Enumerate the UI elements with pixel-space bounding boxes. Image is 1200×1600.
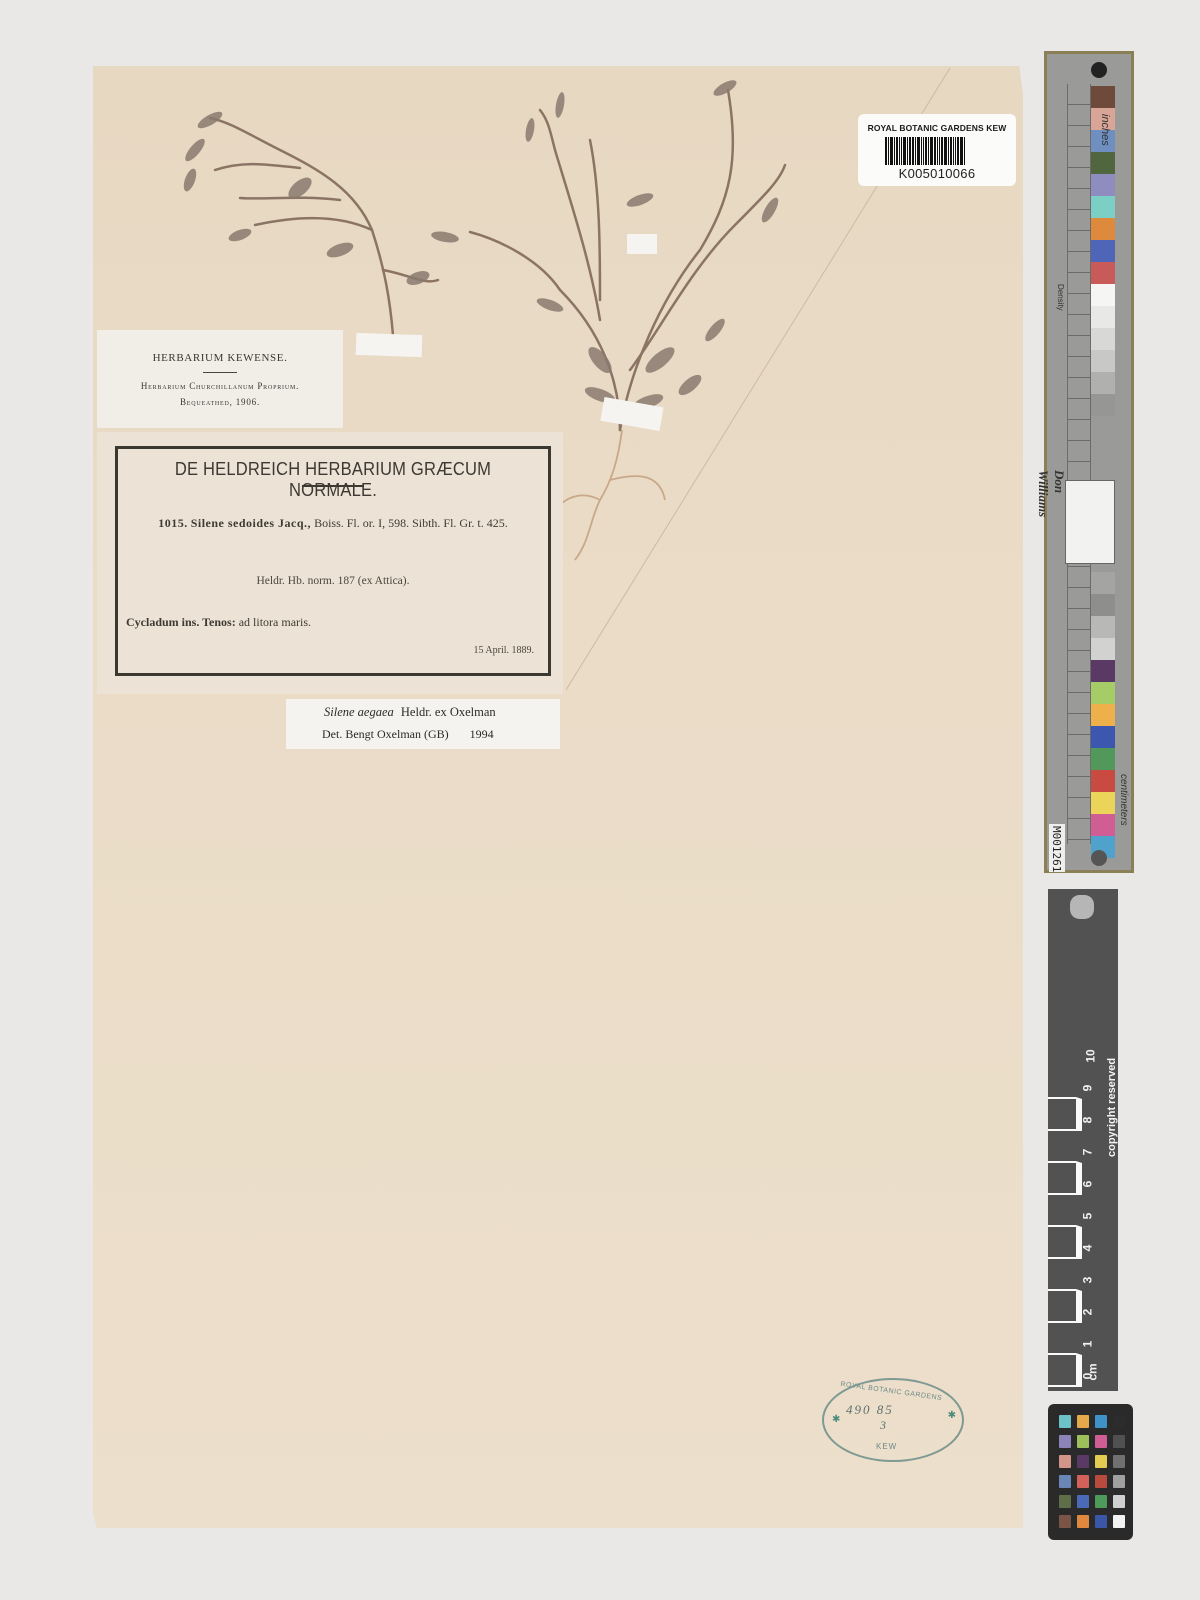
stamp-sub-number: 3 <box>880 1418 886 1433</box>
cm-segment <box>1048 1355 1082 1387</box>
color-patch <box>1091 814 1115 836</box>
herbarium-sheet <box>93 66 1023 1528</box>
herbarium-kewense-label: HERBARIUM KEWENSE. Herbarium Churchillan… <box>97 330 343 428</box>
checker-swatch <box>1077 1415 1089 1428</box>
color-checker-card <box>1048 1404 1133 1540</box>
ruler-hole <box>1091 62 1107 78</box>
cm-segment <box>1048 1099 1082 1131</box>
cm-tick-label: 2 <box>1080 1309 1094 1316</box>
cm-scale <box>1048 1035 1078 1387</box>
star-icon: ✱ <box>948 1410 956 1421</box>
barcode-icon <box>885 137 989 165</box>
color-patch <box>1091 262 1115 284</box>
ruler-hole <box>1091 850 1107 866</box>
det-determiner: Det. Bengt Oxelman (GB) <box>322 727 449 741</box>
heldreich-label-frame: DE HELDREICH HERBARIUM GRÆCUM NORMALE. 1… <box>115 446 551 676</box>
kew-accession-stamp: ROYAL BOTANIC GARDENS 490 85 3 KEW ✱ ✱ <box>822 1378 964 1462</box>
ruler-density-label: Density <box>1056 284 1065 311</box>
heldreich-species-line: 1015. Silene sedoides Jacq., Boiss. Fl. … <box>126 515 540 531</box>
color-patch <box>1091 572 1115 594</box>
color-patch <box>1091 660 1115 682</box>
color-patch <box>1091 748 1115 770</box>
checker-swatch <box>1059 1495 1071 1508</box>
color-patch <box>1091 306 1115 328</box>
checker-swatch <box>1095 1495 1107 1508</box>
cm-segment <box>1048 1323 1082 1355</box>
checker-swatch <box>1059 1515 1071 1528</box>
color-patch <box>1091 638 1115 660</box>
species-citation: Boiss. Fl. or. I, 598. Sibth. Fl. Gr. t.… <box>314 516 508 530</box>
det-authority: Heldr. ex Oxelman <box>401 705 496 719</box>
specimen-number: 1015. <box>158 516 188 530</box>
color-patch <box>1091 174 1115 196</box>
det-taxon: Silene aegaea <box>324 705 394 719</box>
checker-swatch <box>1077 1495 1089 1508</box>
checker-swatch <box>1059 1415 1071 1428</box>
collection-date: 15 April. 1889. <box>473 645 534 656</box>
cm-tick-label: 9 <box>1080 1085 1094 1092</box>
ruler-id-tag: M001261 <box>1049 824 1065 872</box>
checker-swatch <box>1113 1455 1125 1468</box>
cm-tick-label: 3 <box>1080 1277 1094 1284</box>
checker-swatch <box>1113 1495 1125 1508</box>
checker-swatch <box>1077 1435 1089 1448</box>
stamp-top-text: ROYAL BOTANIC GARDENS <box>840 1381 943 1402</box>
ruler-density-grid <box>1067 84 1091 844</box>
color-density-ruler: inches Density Don Williams centimeters … <box>1044 51 1134 873</box>
checker-swatch <box>1095 1475 1107 1488</box>
color-patch <box>1091 196 1115 218</box>
determination-label: Silene aegaea Heldr. ex Oxelman Det. Ben… <box>286 699 560 749</box>
checker-swatch <box>1077 1475 1089 1488</box>
checker-swatch <box>1077 1515 1089 1528</box>
cm-scale-numbers: 012345678910 <box>1084 1035 1104 1387</box>
color-patch <box>1091 704 1115 726</box>
ruler-brand: Don Williams <box>1035 470 1067 534</box>
cm-segment <box>1048 1131 1082 1163</box>
cm-tick-label: 10 <box>1084 1049 1098 1062</box>
color-patch <box>1091 770 1115 792</box>
kew-scale-bar: Kew copyright reserved 012345678910 cm <box>1048 889 1118 1391</box>
det-taxon-line: Silene aegaea Heldr. ex Oxelman <box>324 705 496 720</box>
cm-segment <box>1048 1291 1082 1323</box>
checker-swatch <box>1059 1455 1071 1468</box>
color-patch <box>1091 240 1115 262</box>
ruler-units-inches: inches <box>1099 114 1111 146</box>
species-name: Silene sedoides Jacq., <box>191 516 311 530</box>
color-patch <box>1091 350 1115 372</box>
checker-swatch <box>1059 1475 1071 1488</box>
stamp-bottom-text: KEW <box>876 1442 897 1451</box>
cm-tick-label: 1 <box>1080 1341 1094 1348</box>
checker-swatch <box>1077 1455 1089 1468</box>
barcode-label: ROYAL BOTANIC GARDENS KEW K005010066 <box>858 114 1016 186</box>
cm-tick-label: 8 <box>1080 1117 1094 1124</box>
kew-label-rule <box>203 372 237 373</box>
heldreich-locality: Cycladum ins. Tenos: ad litora maris. <box>126 615 311 630</box>
color-patch <box>1091 726 1115 748</box>
cm-tick-label: 4 <box>1080 1245 1094 1252</box>
color-patch <box>1091 284 1115 306</box>
heldreich-reference: Heldr. Hb. norm. 187 (ex Attica). <box>118 575 548 587</box>
color-patch <box>1091 682 1115 704</box>
color-patch <box>1091 616 1115 638</box>
stamp-number: 490 85 <box>846 1402 894 1418</box>
det-determiner-line: Det. Bengt Oxelman (GB) 1994 <box>322 727 494 742</box>
cm-tick-label: 6 <box>1080 1181 1094 1188</box>
checker-swatch <box>1095 1415 1107 1428</box>
cm-segment <box>1048 1227 1082 1259</box>
barcode-number: K005010066 <box>858 166 1016 181</box>
color-patch <box>1091 594 1115 616</box>
ruler-id: M001261 <box>1050 826 1063 872</box>
color-patch <box>1091 328 1115 350</box>
cm-segment <box>1048 1259 1082 1291</box>
checker-swatch <box>1095 1435 1107 1448</box>
checker-swatch <box>1113 1435 1125 1448</box>
heldreich-label: DE HELDREICH HERBARIUM GRÆCUM NORMALE. 1… <box>97 432 563 694</box>
checker-swatch <box>1113 1415 1125 1428</box>
barcode-institution: ROYAL BOTANIC GARDENS KEW <box>858 123 1016 133</box>
color-patch <box>1091 372 1115 394</box>
cm-tick-label: 7 <box>1080 1149 1094 1156</box>
checker-swatch <box>1095 1515 1107 1528</box>
det-year: 1994 <box>470 727 494 741</box>
cm-tick-label: 5 <box>1080 1213 1094 1220</box>
royal-crest-icon <box>1070 895 1094 919</box>
kew-label-line3: Bequeathed, 1906. <box>97 397 343 407</box>
locality-habitat: ad litora maris. <box>239 615 311 629</box>
kew-wordmark: Kew <box>1112 941 1156 1013</box>
kew-label-line2: Herbarium Churchillanum Proprium. <box>97 381 343 391</box>
color-patch <box>1091 792 1115 814</box>
cm-segment <box>1048 1067 1082 1099</box>
star-icon: ✱ <box>832 1414 840 1425</box>
locality-region: Cycladum ins. Tenos: <box>126 615 236 629</box>
color-patch <box>1091 152 1115 174</box>
color-patch <box>1091 86 1115 108</box>
heldreich-title-rule <box>302 485 364 487</box>
kew-copyright: copyright reserved <box>1106 1058 1118 1157</box>
checker-swatch <box>1113 1475 1125 1488</box>
cm-segment <box>1048 1163 1082 1195</box>
cm-unit-label: cm <box>1086 1363 1100 1380</box>
ruler-color-patches <box>1091 86 1115 858</box>
checker-swatch <box>1113 1515 1125 1528</box>
color-patch <box>1091 394 1115 416</box>
color-patch <box>1091 218 1115 240</box>
checker-swatch <box>1059 1435 1071 1448</box>
heldreich-label-title: DE HELDREICH HERBARIUM GRÆCUM NORMALE. <box>135 459 531 501</box>
checker-swatch <box>1095 1455 1107 1468</box>
cm-segment <box>1048 1195 1082 1227</box>
ruler-units-cm: centimeters <box>1118 774 1129 826</box>
kew-label-title: HERBARIUM KEWENSE. <box>97 352 343 364</box>
ruler-gray-card <box>1065 480 1115 564</box>
